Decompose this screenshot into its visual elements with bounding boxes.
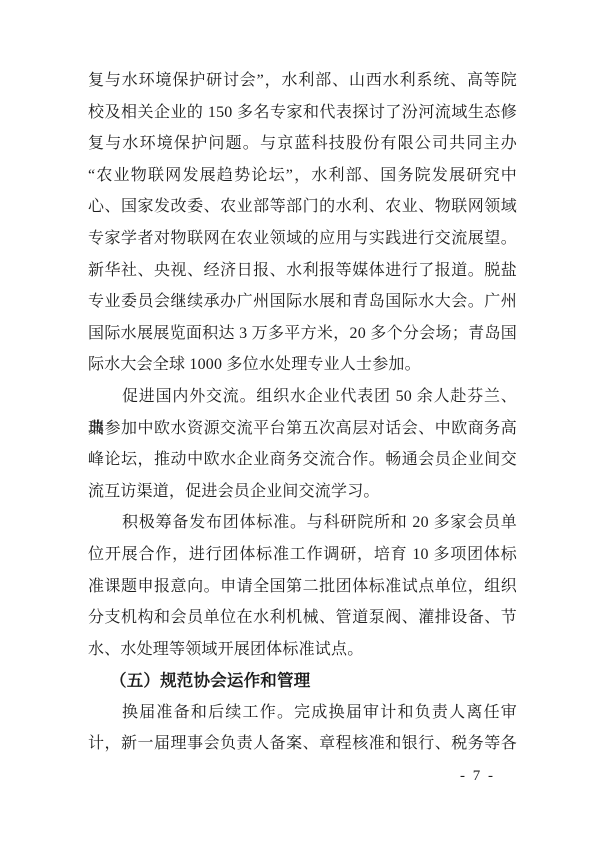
body-line: 水、水处理等领域开展团体标准试点。 — [88, 634, 517, 666]
body-line: 复与水环境保护研讨会”，水利部、山西水利系统、高等院 — [88, 65, 517, 97]
body-line: 积极筹备发布团体标准。与科研院所和 20 多家会员单 — [88, 507, 517, 539]
body-line: 际水大会全球 1000 多位水处理专业人士参加。 — [88, 349, 517, 381]
body-line: 专业委员会继续承办广州国际水展和青岛国际水大会。广州 — [88, 286, 517, 318]
body-line: 促进国内外交流。组织水企业代表团 50 余人赴芬兰、瑞 — [88, 381, 517, 413]
body-line: 新华社、央视、经济日报、水利报等媒体进行了报道。脱盐 — [88, 255, 517, 287]
text-block: 复与水环境保护研讨会”，水利部、山西水利系统、高等院 校及相关企业的 150 多… — [88, 65, 517, 760]
body-line: 心、国家发改委、农业部等部门的水利、农业、物联网领域 — [88, 191, 517, 223]
body-line: 峰论坛，推动中欧水企业商务交流合作。畅通会员企业间交 — [88, 444, 517, 476]
body-line: 换届准备和后续工作。完成换届审计和负责人离任审 — [88, 697, 517, 729]
body-line: 复与水环境保护问题。与京蓝科技股份有限公司共同主办 — [88, 128, 517, 160]
body-line: 分支机构和会员单位在水利机械、管道泵阀、灌排设备、节 — [88, 602, 517, 634]
body-line: 校及相关企业的 150 多名专家和代表探讨了汾河流域生态修 — [88, 97, 517, 129]
document-page: 复与水环境保护研讨会”，水利部、山西水利系统、高等院 校及相关企业的 150 多… — [0, 0, 600, 848]
body-line: 位开展合作，进行团体标准工作调研，培育 10 多项团体标 — [88, 539, 517, 571]
body-line: 专家学者对物联网在农业领域的应用与实践进行交流展望。 — [88, 223, 517, 255]
body-line: “农业物联网发展趋势论坛”，水利部、国务院发展研究中 — [88, 160, 517, 192]
body-line: 计，新一届理事会负责人备案、章程核准和银行、税务等各 — [88, 728, 517, 760]
body-line: 准课题申报意向。申请全国第二批团体标准试点单位，组织 — [88, 571, 517, 603]
body-line: 流互访渠道，促进会员企业间交流学习。 — [88, 476, 517, 508]
body-line: 国际水展展览面积达 3 万多平方米，20 多个分会场；青岛国 — [88, 318, 517, 350]
body-line: 典参加中欧水资源交流平台第五次高层对话会、中欧商务高 — [88, 413, 517, 445]
page-number: - 7 - — [460, 766, 495, 786]
section-heading: （五）规范协会运作和管理 — [88, 665, 517, 697]
